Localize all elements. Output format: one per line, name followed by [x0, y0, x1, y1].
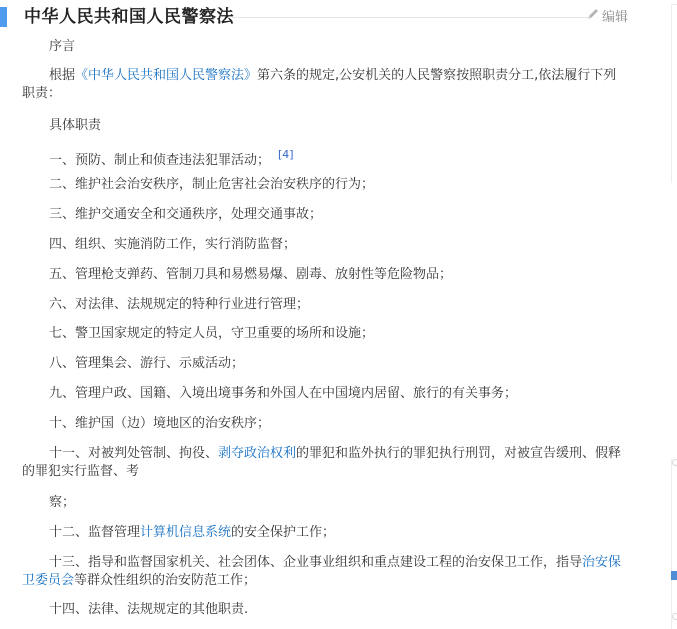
duty-item-text: 六、对法律、法规规定的特种行业进行管理； [49, 297, 309, 312]
duty-item-text: 九、管理户政、国籍、入境出境事务和外国人在中国境内居留、旅行的有关事务； [49, 386, 517, 401]
side-nav-dot-top[interactable] [672, 459, 677, 466]
pencil-icon [586, 7, 602, 28]
duty-item-text: 一、预防、制止和侦查违法犯罪活动； [49, 153, 270, 168]
duty-item-text: 七、警卫国家规定的特定人员，守卫重要的场所和设施； [49, 326, 374, 341]
duty-item-text: 十三、指导和监督国家机关、社会团体、企业事业组织和重点建设工程的治安保卫工作，指… [49, 555, 582, 570]
duty-item-3: 三、维护交通安全和交通秩序，处理交通事故； [22, 206, 650, 224]
edit-label: 编辑 [602, 8, 628, 28]
intro-prefix: 根据 [49, 68, 75, 83]
title-divider [232, 17, 590, 18]
duty-item-text: 二、维护社会治安秩序，制止危害社会治安秩序的行为； [49, 177, 374, 192]
duty-item-text: 的罪犯和监外执行的罪犯执行刑罚，对被宣告缓刑、假释 [296, 446, 621, 461]
section-title: 中华人民共和国人民警察法 [24, 5, 234, 29]
duty-item-2: 二、维护社会治安秩序，制止危害社会治安秩序的行为； [22, 176, 650, 194]
duty-item-12: 十二、监督管理计算机信息系统的安全保护工作； [22, 524, 650, 542]
duty-item-text: 八、管理集会、游行、示威活动； [49, 356, 244, 371]
duties-heading-text: 具体职责 [49, 118, 101, 133]
intro-paragraph: 根据《中华人民共和国人民警察法》第六条的规定,公安机关的人民警察按照职责分工,依… [22, 67, 650, 103]
law-link[interactable]: 《中华人民共和国人民警察法》 [75, 68, 257, 83]
duty-item-text: 十二、监督管理 [49, 525, 140, 540]
duty-item-text: 五、管理枪支弹药、管制刀具和易燃易爆、剧毒、放射性等危险物品； [49, 267, 452, 282]
duty-item-11: 十一、对被判处管制、拘役、剥夺政治权利的罪犯和监外执行的罪犯执行刑罚，对被宣告缓… [22, 445, 650, 481]
duty-item-text: 十一、对被判处管制、拘役、 [49, 446, 218, 461]
duty-item-7: 七、警卫国家规定的特定人员，守卫重要的场所和设施； [22, 325, 650, 343]
preface-heading: 序言 [22, 38, 650, 56]
duty-item-text: 三、维护交通安全和交通秩序，处理交通事故； [49, 207, 322, 222]
duty-item-10: 十、维护国（边）境地区的治安秩序； [22, 415, 650, 433]
duty-item-text: 的罪犯实行监督、考 [22, 464, 139, 479]
side-nav-scroll-handle[interactable] [671, 571, 677, 580]
security-committee-link-cont[interactable]: 卫委员会 [22, 573, 74, 588]
intro-suffix: 第六条的规定,公安机关的人民警察按照职责分工,依法履行下列 [257, 68, 616, 83]
duty-item-text: 察； [49, 495, 75, 510]
computer-info-system-link[interactable]: 计算机信息系统 [140, 525, 231, 540]
reference-link[interactable]: [4] [278, 148, 294, 161]
duty-item-14: 十四、法律、法规规定的其他职责. [22, 601, 650, 619]
edit-button[interactable]: 编辑 [586, 7, 628, 28]
security-committee-link[interactable]: 治安保 [582, 555, 621, 570]
section-header: 中华人民共和国人民警察法 编辑 [0, 5, 660, 29]
duty-item-8: 八、管理集会、游行、示威活动； [22, 355, 650, 373]
duty-item-5: 五、管理枪支弹药、管制刀具和易燃易爆、剧毒、放射性等危险物品； [22, 266, 650, 284]
duty-item-text: 十、维护国（边）境地区的治安秩序； [49, 416, 270, 431]
duty-item-13: 十三、指导和监督国家机关、社会团体、企业事业组织和重点建设工程的治安保卫工作，指… [22, 554, 650, 590]
duty-item-text: 四、组织、实施消防工作，实行消防监督； [49, 237, 296, 252]
duty-item-4: 四、组织、实施消防工作，实行消防监督； [22, 236, 650, 254]
duty-item-9: 九、管理户政、国籍、入境出境事务和外国人在中国境内居留、旅行的有关事务； [22, 385, 650, 403]
intro-suffix-line2: 职责： [22, 86, 61, 101]
duty-item-text: 等群众性组织的治安防范工作； [74, 573, 256, 588]
section-accent-bar [0, 7, 7, 27]
duty-item-1: 一、预防、制止和侦查违法犯罪活动；[4] [22, 146, 650, 170]
side-panel-edge [671, 4, 677, 183]
duty-item-text: 的安全保护工作； [231, 525, 335, 540]
side-nav-dot-bottom[interactable] [672, 613, 677, 620]
political-rights-link[interactable]: 剥夺政治权利 [218, 446, 296, 461]
duties-heading: 具体职责 [22, 117, 650, 135]
duty-item-6: 六、对法律、法规规定的特种行业进行管理； [22, 296, 650, 314]
side-nav-track [671, 459, 677, 629]
preface-heading-text: 序言 [49, 39, 75, 54]
duty-item-text: 十四、法律、法规规定的其他职责. [49, 602, 248, 617]
duty-item-11-continued: 察； [22, 494, 650, 512]
